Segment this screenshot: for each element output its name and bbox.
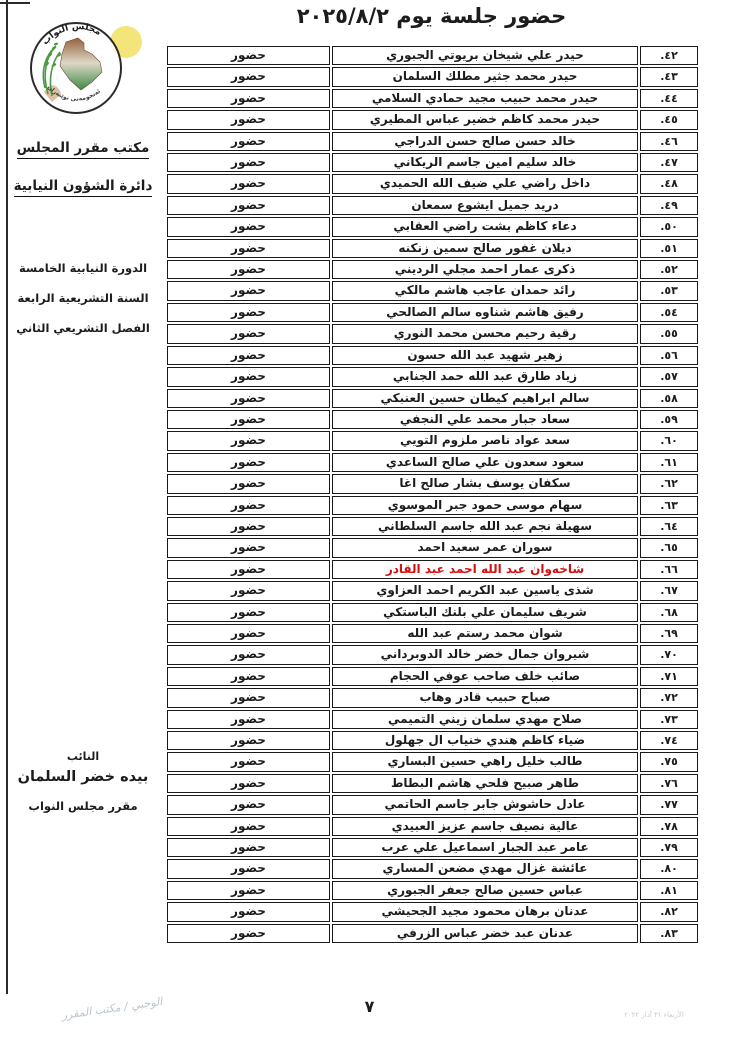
attendance-status-cell: حضور xyxy=(167,324,330,343)
table-row: ٤٩. دريد جميل ايشوع سمعان حضور xyxy=(167,196,698,215)
parliament-emblem-logo: مجلس النواب ئەنجومەنی نوێنەران xyxy=(26,8,166,130)
member-name-cell: عائشة غزال مهدي مضعن المساري xyxy=(332,859,638,878)
table-row: ٥٧. زياد طارق عبد الله حمد الجنابي حضور xyxy=(167,367,698,386)
attendance-status-cell: حضور xyxy=(167,624,330,643)
row-number-cell: ٧٥. xyxy=(640,752,698,771)
row-number-cell: ٦٧. xyxy=(640,581,698,600)
row-number-cell: ٦٨. xyxy=(640,603,698,622)
table-row: ٤٣. حيدر محمد جثير مطلك السلمان حضور xyxy=(167,67,698,86)
member-name-cell: ذكرى عمار احمد مجلي الرديني xyxy=(332,260,638,279)
row-number-cell: ٨١. xyxy=(640,881,698,900)
table-row: ٦٠. سعد عواد ناصر ملزوم التويي حضور xyxy=(167,431,698,450)
row-number-cell: ٨٢. xyxy=(640,902,698,921)
attendance-status-cell: حضور xyxy=(167,538,330,557)
table-row: ٦٤. سهيلة نجم عبد الله جاسم السلطاني حضو… xyxy=(167,517,698,536)
row-number-cell: ٤٢. xyxy=(640,46,698,65)
member-name-cell: سهام موسى حمود جبر الموسوي xyxy=(332,496,638,515)
member-name-cell: حيدر محمد حبيب مجيد حمادي السلامي xyxy=(332,89,638,108)
row-number-cell: ٧٠. xyxy=(640,645,698,664)
member-name-cell: عادل حاشوش جابر جاسم الحاتمي xyxy=(332,795,638,814)
row-number-cell: ٨٣. xyxy=(640,924,698,943)
attendance-status-cell: حضور xyxy=(167,281,330,300)
table-row: ٨٣. عدنان عبد خضر عباس الزرفي حضور xyxy=(167,924,698,943)
table-row: ٧٣. صلاح مهدي سلمان زيني التميمي حضور xyxy=(167,710,698,729)
row-number-cell: ٧٤. xyxy=(640,731,698,750)
row-number-cell: ٥٥. xyxy=(640,324,698,343)
table-row: ٥٥. رقية رحيم محسن محمد النوري حضور xyxy=(167,324,698,343)
member-name-cell: عدنان برهان محمود مجيد الجحيشي xyxy=(332,902,638,921)
table-row: ٥٨. سالم ابراهيم كيطان حسين العنبكي حضور xyxy=(167,389,698,408)
attendance-status-cell: حضور xyxy=(167,924,330,943)
table-row: ٤٦. خالد حسن صالح حسن الدراجي حضور xyxy=(167,132,698,151)
row-number-cell: ٥٩. xyxy=(640,410,698,429)
sidebar-mp-role: مقرر مجلس النواب xyxy=(8,799,158,813)
row-number-cell: ٦٣. xyxy=(640,496,698,515)
attendance-status-cell: حضور xyxy=(167,410,330,429)
member-name-cell: شاخه‌وان عبد الله احمد عبد القادر xyxy=(332,560,638,579)
member-name-cell: سعد عواد ناصر ملزوم التويي xyxy=(332,431,638,450)
sidebar-legislative-year: السنة التشريعية الرابعة xyxy=(8,291,158,305)
row-number-cell: ٤٧. xyxy=(640,153,698,172)
member-name-cell: زهير شهيد عبد الله حسون xyxy=(332,346,638,365)
member-name-cell: سعاد جبار محمد علي النجفي xyxy=(332,410,638,429)
member-name-cell: ديلان غفور صالح سمين زنكنه xyxy=(332,239,638,258)
row-number-cell: ٧٨. xyxy=(640,817,698,836)
member-name-cell: سكفان يوسف بشار صالح اغا xyxy=(332,474,638,493)
member-name-cell: خالد حسن صالح حسن الدراجي xyxy=(332,132,638,151)
table-row: ٥٠. دعاء كاظم بشت راضي العقابي حضور xyxy=(167,217,698,236)
table-row: ٤٥. حيدر محمد كاظم خضير عباس المطيري حضو… xyxy=(167,110,698,129)
table-row: ٤٤. حيدر محمد حبيب مجيد حمادي السلامي حض… xyxy=(167,89,698,108)
row-number-cell: ٦٥. xyxy=(640,538,698,557)
row-number-cell: ٧٦. xyxy=(640,774,698,793)
attendance-status-cell: حضور xyxy=(167,453,330,472)
row-number-cell: ٧٧. xyxy=(640,795,698,814)
attendance-status-cell: حضور xyxy=(167,496,330,515)
attendance-status-cell: حضور xyxy=(167,132,330,151)
attendance-status-cell: حضور xyxy=(167,239,330,258)
table-row: ٧٤. ضياء كاظم هندي خنياب ال جهلول حضور xyxy=(167,731,698,750)
attendance-status-cell: حضور xyxy=(167,817,330,836)
member-name-cell: رفيق هاشم شناوه سالم الصالحي xyxy=(332,303,638,322)
row-number-cell: ٧٣. xyxy=(640,710,698,729)
attendance-status-cell: حضور xyxy=(167,431,330,450)
sidebar-office-heading: مكتب مقرر المجلس xyxy=(8,140,158,159)
table-row: ٥٤. رفيق هاشم شناوه سالم الصالحي حضور xyxy=(167,303,698,322)
row-number-cell: ٤٦. xyxy=(640,132,698,151)
table-row: ٤٨. داخل راضي علي ضيف الله الحميدي حضور xyxy=(167,174,698,193)
table-row: ٧٠. شيروان جمال خضر خالد الدوبرداني حضور xyxy=(167,645,698,664)
row-number-cell: ٥٨. xyxy=(640,389,698,408)
attendance-status-cell: حضور xyxy=(167,153,330,172)
table-row: ٦٨. شريف سليمان علي بلنك الباستكي حضور xyxy=(167,603,698,622)
attendance-table: ٤٢. حيدر علي شيخان بريوتي الجبوري حضور ٤… xyxy=(165,44,700,945)
attendance-status-cell: حضور xyxy=(167,89,330,108)
attendance-status-cell: حضور xyxy=(167,46,330,65)
table-row: ٦٩. شوان محمد رستم عبد الله حضور xyxy=(167,624,698,643)
member-name-cell: عامر عبد الجبار اسماعيل علي عرب xyxy=(332,838,638,857)
row-number-cell: ٦١. xyxy=(640,453,698,472)
member-name-cell: صلاح مهدي سلمان زيني التميمي xyxy=(332,710,638,729)
table-row: ٦١. سعود سعدون علي صالح الساعدي حضور xyxy=(167,453,698,472)
member-name-cell: طاهر صبيح فلحي هاشم البطاط xyxy=(332,774,638,793)
table-row: ٦٢. سكفان يوسف بشار صالح اغا حضور xyxy=(167,474,698,493)
sidebar-legislative-chapter: الفصل التشريعي الثاني xyxy=(8,321,158,335)
row-number-cell: ٥٢. xyxy=(640,260,698,279)
attendance-status-cell: حضور xyxy=(167,603,330,622)
member-name-cell: حيدر علي شيخان بريوتي الجبوري xyxy=(332,46,638,65)
member-name-cell: حيدر محمد كاظم خضير عباس المطيري xyxy=(332,110,638,129)
table-row: ٨١. عباس حسين صالح جعفر الجبوري حضور xyxy=(167,881,698,900)
attendance-status-cell: حضور xyxy=(167,367,330,386)
table-row: ٧٦. طاهر صبيح فلحي هاشم البطاط حضور xyxy=(167,774,698,793)
table-row: ٥٣. رائد حمدان عاجب هاشم مالكي حضور xyxy=(167,281,698,300)
attendance-status-cell: حضور xyxy=(167,859,330,878)
row-number-cell: ٦٦. xyxy=(640,560,698,579)
member-name-cell: عدنان عبد خضر عباس الزرفي xyxy=(332,924,638,943)
table-row: ٧٨. عالية نصيف جاسم عزيز العبيدي حضور xyxy=(167,817,698,836)
row-number-cell: ٤٥. xyxy=(640,110,698,129)
member-name-cell: شذى ياسين عبد الكريم احمد العزاوي xyxy=(332,581,638,600)
row-number-cell: ٧١. xyxy=(640,667,698,686)
member-name-cell: رقية رحيم محسن محمد النوري xyxy=(332,324,638,343)
row-number-cell: ٧٢. xyxy=(640,688,698,707)
table-row: ٥٩. سعاد جبار محمد علي النجفي حضور xyxy=(167,410,698,429)
iraq-map-emblem-icon: مجلس النواب ئەنجومەنی نوێنەران xyxy=(26,8,166,130)
member-name-cell: سوران عمر سعيد احمد xyxy=(332,538,638,557)
attendance-status-cell: حضور xyxy=(167,581,330,600)
table-row: ٧٧. عادل حاشوش جابر جاسم الحاتمي حضور xyxy=(167,795,698,814)
member-name-cell: داخل راضي علي ضيف الله الحميدي xyxy=(332,174,638,193)
attendance-status-cell: حضور xyxy=(167,881,330,900)
member-name-cell: عالية نصيف جاسم عزيز العبيدي xyxy=(332,817,638,836)
member-name-cell: شيروان جمال خضر خالد الدوبرداني xyxy=(332,645,638,664)
table-row: ٧١. صائب خلف صاحب عوفي الحجام حضور xyxy=(167,667,698,686)
member-name-cell: طالب خليل راهي حسين البساري xyxy=(332,752,638,771)
attendance-status-cell: حضور xyxy=(167,645,330,664)
attendance-status-cell: حضور xyxy=(167,67,330,86)
page-title: حضور جلسة يوم ٢٠٢٥/٨/٢ xyxy=(165,4,698,38)
member-name-cell: سهيلة نجم عبد الله جاسم السلطاني xyxy=(332,517,638,536)
row-number-cell: ٥٦. xyxy=(640,346,698,365)
table-row: ٧٥. طالب خليل راهي حسين البساري حضور xyxy=(167,752,698,771)
attendance-status-cell: حضور xyxy=(167,260,330,279)
table-row: ٦٥. سوران عمر سعيد احمد حضور xyxy=(167,538,698,557)
member-name-cell: شريف سليمان علي بلنك الباستكي xyxy=(332,603,638,622)
attendance-status-cell: حضور xyxy=(167,346,330,365)
table-row: ٤٢. حيدر علي شيخان بريوتي الجبوري حضور xyxy=(167,46,698,65)
sidebar-parliamentary-term: الدورة النيابية الخامسة xyxy=(8,261,158,275)
table-row: ٥٢. ذكرى عمار احمد مجلي الرديني حضور xyxy=(167,260,698,279)
table-row: ٨٠. عائشة غزال مهدي مضعن المساري حضور xyxy=(167,859,698,878)
member-name-cell: رائد حمدان عاجب هاشم مالكي xyxy=(332,281,638,300)
row-number-cell: ٥٠. xyxy=(640,217,698,236)
attendance-status-cell: حضور xyxy=(167,110,330,129)
attendance-status-cell: حضور xyxy=(167,196,330,215)
member-name-cell: صائب خلف صاحب عوفي الحجام xyxy=(332,667,638,686)
row-number-cell: ٥٣. xyxy=(640,281,698,300)
row-number-cell: ٧٩. xyxy=(640,838,698,857)
row-number-cell: ٤٣. xyxy=(640,67,698,86)
attendance-status-cell: حضور xyxy=(167,474,330,493)
member-name-cell: خالد سليم امين جاسم الريكاني xyxy=(332,153,638,172)
row-number-cell: ٨٠. xyxy=(640,859,698,878)
footer-right-note: الأربعاء ٣١ آذار ٢٠٢٢ xyxy=(598,1011,710,1019)
table-row: ٨٢. عدنان برهان محمود مجيد الجحيشي حضور xyxy=(167,902,698,921)
row-number-cell: ٥١. xyxy=(640,239,698,258)
member-name-cell: شوان محمد رستم عبد الله xyxy=(332,624,638,643)
attendance-status-cell: حضور xyxy=(167,389,330,408)
attendance-status-cell: حضور xyxy=(167,838,330,857)
row-number-cell: ٥٧. xyxy=(640,367,698,386)
member-name-cell: دعاء كاظم بشت راضي العقابي xyxy=(332,217,638,236)
sidebar-mp-title: النائب xyxy=(8,750,158,763)
member-name-cell: حيدر محمد جثير مطلك السلمان xyxy=(332,67,638,86)
member-name-cell: ضياء كاظم هندي خنياب ال جهلول xyxy=(332,731,638,750)
attendance-status-cell: حضور xyxy=(167,795,330,814)
member-name-cell: عباس حسين صالح جعفر الجبوري xyxy=(332,881,638,900)
row-number-cell: ٦٤. xyxy=(640,517,698,536)
table-row: ٥١. ديلان غفور صالح سمين زنكنه حضور xyxy=(167,239,698,258)
attendance-status-cell: حضور xyxy=(167,560,330,579)
table-row: ٦٣. سهام موسى حمود جبر الموسوي حضور xyxy=(167,496,698,515)
sidebar-mp-name: بيده خضر السلمان xyxy=(8,769,158,785)
attendance-status-cell: حضور xyxy=(167,517,330,536)
member-name-cell: زياد طارق عبد الله حمد الجنابي xyxy=(332,367,638,386)
attendance-status-cell: حضور xyxy=(167,174,330,193)
member-name-cell: سعود سعدون علي صالح الساعدي xyxy=(332,453,638,472)
attendance-status-cell: حضور xyxy=(167,710,330,729)
row-number-cell: ٤٤. xyxy=(640,89,698,108)
table-row: ٤٧. خالد سليم امين جاسم الريكاني حضور xyxy=(167,153,698,172)
attendance-status-cell: حضور xyxy=(167,667,330,686)
member-name-cell: صباح حبيب قادر وهاب xyxy=(332,688,638,707)
table-row: ٦٦. شاخه‌وان عبد الله احمد عبد القادر حض… xyxy=(167,560,698,579)
row-number-cell: ٦٢. xyxy=(640,474,698,493)
attendance-status-cell: حضور xyxy=(167,303,330,322)
row-number-cell: ٥٤. xyxy=(640,303,698,322)
member-name-cell: سالم ابراهيم كيطان حسين العنبكي xyxy=(332,389,638,408)
table-row: ٧٩. عامر عبد الجبار اسماعيل علي عرب حضور xyxy=(167,838,698,857)
member-name-cell: دريد جميل ايشوع سمعان xyxy=(332,196,638,215)
table-row: ٧٢. صباح حبيب قادر وهاب حضور xyxy=(167,688,698,707)
table-row: ٦٧. شذى ياسين عبد الكريم احمد العزاوي حض… xyxy=(167,581,698,600)
attendance-status-cell: حضور xyxy=(167,731,330,750)
attendance-status-cell: حضور xyxy=(167,774,330,793)
row-number-cell: ٦٠. xyxy=(640,431,698,450)
attendance-status-cell: حضور xyxy=(167,217,330,236)
row-number-cell: ٤٨. xyxy=(640,174,698,193)
attendance-status-cell: حضور xyxy=(167,688,330,707)
sidebar-department-heading: دائرة الشؤون النيابية xyxy=(8,178,158,197)
attendance-status-cell: حضور xyxy=(167,752,330,771)
page-top-border xyxy=(0,2,30,4)
attendance-status-cell: حضور xyxy=(167,902,330,921)
row-number-cell: ٤٩. xyxy=(640,196,698,215)
row-number-cell: ٦٩. xyxy=(640,624,698,643)
table-row: ٥٦. زهير شهيد عبد الله حسون حضور xyxy=(167,346,698,365)
